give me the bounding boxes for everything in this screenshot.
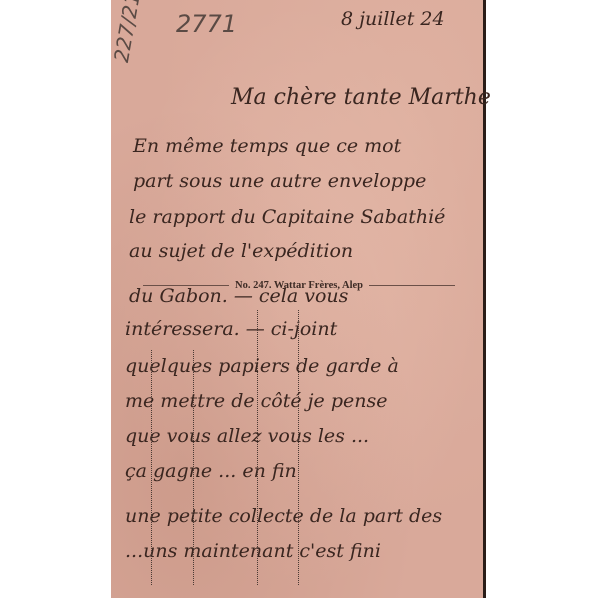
body-line: que vous allez vous les ... — [125, 425, 369, 447]
body-line: intéressera. — ci-joint — [125, 318, 337, 340]
imprint-rule-right — [369, 285, 455, 286]
stamp-guide-dotted-line — [298, 310, 299, 585]
body-line: ...uns maintenant c'est fini — [125, 540, 381, 562]
body-line: quelques papiers de garde à — [125, 355, 399, 377]
stamp-guide-dotted-line — [257, 310, 258, 585]
stamp-guide-dotted-line — [193, 350, 194, 585]
stamp-guide-dotted-line — [151, 350, 152, 585]
body-line: une petite collecte de la part des — [125, 505, 442, 527]
body-line: du Gabon. — cela vous — [129, 285, 348, 307]
body-line: part sous une autre enveloppe — [133, 170, 426, 192]
body-line: le rapport du Capitaine Sabathié — [129, 206, 445, 228]
letter-date: 8 juillet 24 — [341, 8, 445, 30]
archive-side-reference: 227/211 — [109, 0, 147, 64]
postcard: 2771 227/211 8 juillet 24 Ma chère tante… — [111, 0, 486, 598]
body-line: En même temps que ce mot — [133, 135, 401, 157]
archive-number: 2771 — [176, 10, 237, 38]
letter-greeting: Ma chère tante Marthe — [231, 85, 491, 110]
body-line: au sujet de l'expédition — [129, 240, 353, 262]
